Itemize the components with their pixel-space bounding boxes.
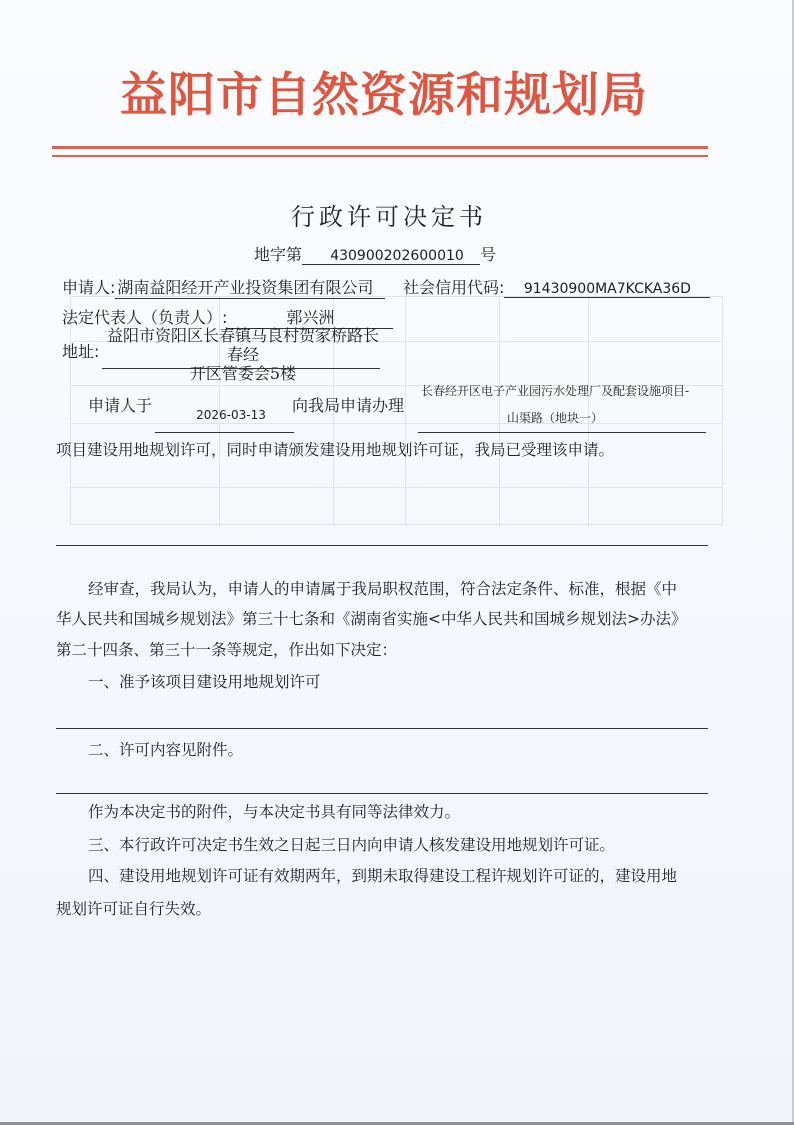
decision-para-line-2: 华人民共和国城乡规划法》第三十七条和《湖南省实施<中华人民共和国城乡规划法>办法… <box>56 607 716 629</box>
agency-letterhead: 益阳市自然资源和规划局 <box>0 58 768 125</box>
document-number: 地字第430900202600010号 <box>254 242 496 265</box>
application-middle: 向我局申请办理 <box>292 393 404 416</box>
document-page: 益阳市自然资源和规划局 行政许可决定书 地字第430900202600010号 … <box>0 0 794 1125</box>
address-line-2: 开区管委会5楼 <box>103 364 383 383</box>
project-name-line-2: 山渠路（地块一） <box>405 405 705 432</box>
applicant-row: 申请人:湖南益阳经开产业投资集团有限公司 <box>62 275 385 299</box>
date-underline <box>155 432 294 433</box>
applicant-label: 申请人: <box>62 278 115 297</box>
credit-code-value: 91430900MA7KCKA36D <box>504 281 710 298</box>
applicant-name: 湖南益阳经开产业投资集团有限公司 <box>115 275 385 299</box>
decision-item-1: 一、准予该项目建设用地规划许可 <box>88 670 748 692</box>
decision-item-2: 二、许可内容见附件。 <box>88 738 748 760</box>
address-line-1: 益阳市资阳区长春镇马良村贺家桥路长春经 <box>103 326 383 364</box>
decision-item-4-line-1: 四、建设用地规划许可证有效期两年，到期未取得建设工程许规划许可证的，建设用地 <box>88 864 748 886</box>
document-number-prefix: 地字第 <box>254 245 302 264</box>
letterhead-rule-thin <box>52 155 708 157</box>
address-underline <box>102 368 380 369</box>
document-number-value: 430900202600010 <box>302 248 480 265</box>
credit-code-row: 社会信用代码:91430900MA7KCKA36D <box>403 275 710 298</box>
blank-rule-2 <box>56 728 708 729</box>
decision-para-line-1: 经审查，我局认为，申请人的申请属于我局职权范围，符合法定条件、标准，根据《中 <box>88 577 748 599</box>
project-name: 长春经开区电子产业园污水处理厂及配套设施项目- 山渠路（地块一） <box>405 378 705 432</box>
legal-rep-label: 法定代表人（负责人）: <box>62 308 227 327</box>
credit-code-label: 社会信用代码: <box>403 278 504 297</box>
address-value: 益阳市资阳区长春镇马良村贺家桥路长春经 开区管委会5楼 <box>103 326 383 383</box>
blank-rule-1 <box>56 545 708 546</box>
project-underline <box>418 432 706 433</box>
application-prefix: 申请人于 <box>88 393 152 416</box>
address-label: 地址: <box>62 339 99 362</box>
decision-para-line-3: 第二十四条、第三十一条等规定，作出如下决定： <box>56 638 716 660</box>
decision-item-3: 三、本行政许可决定书生效之日起三日内向申请人核发建设用地规划许可证。 <box>88 833 748 855</box>
application-suffix: 项目建设用地规划许可，同时申请颁发建设用地规划许可证，我局已受理该申请。 <box>56 438 716 460</box>
blank-rule-3 <box>56 793 708 794</box>
letterhead-rule-thick <box>52 146 708 149</box>
document-number-suffix: 号 <box>480 245 496 264</box>
project-name-line-1: 长春经开区电子产业园污水处理厂及配套设施项目- <box>405 378 705 405</box>
document-title: 行政许可决定书 <box>0 197 778 232</box>
decision-item-4-line-2: 规划许可证自行失效。 <box>56 897 716 919</box>
decision-item-2-continued: 作为本决定书的附件，与本决定书具有同等法律效力。 <box>88 800 748 822</box>
application-date: 2026-03-13 <box>172 408 290 422</box>
